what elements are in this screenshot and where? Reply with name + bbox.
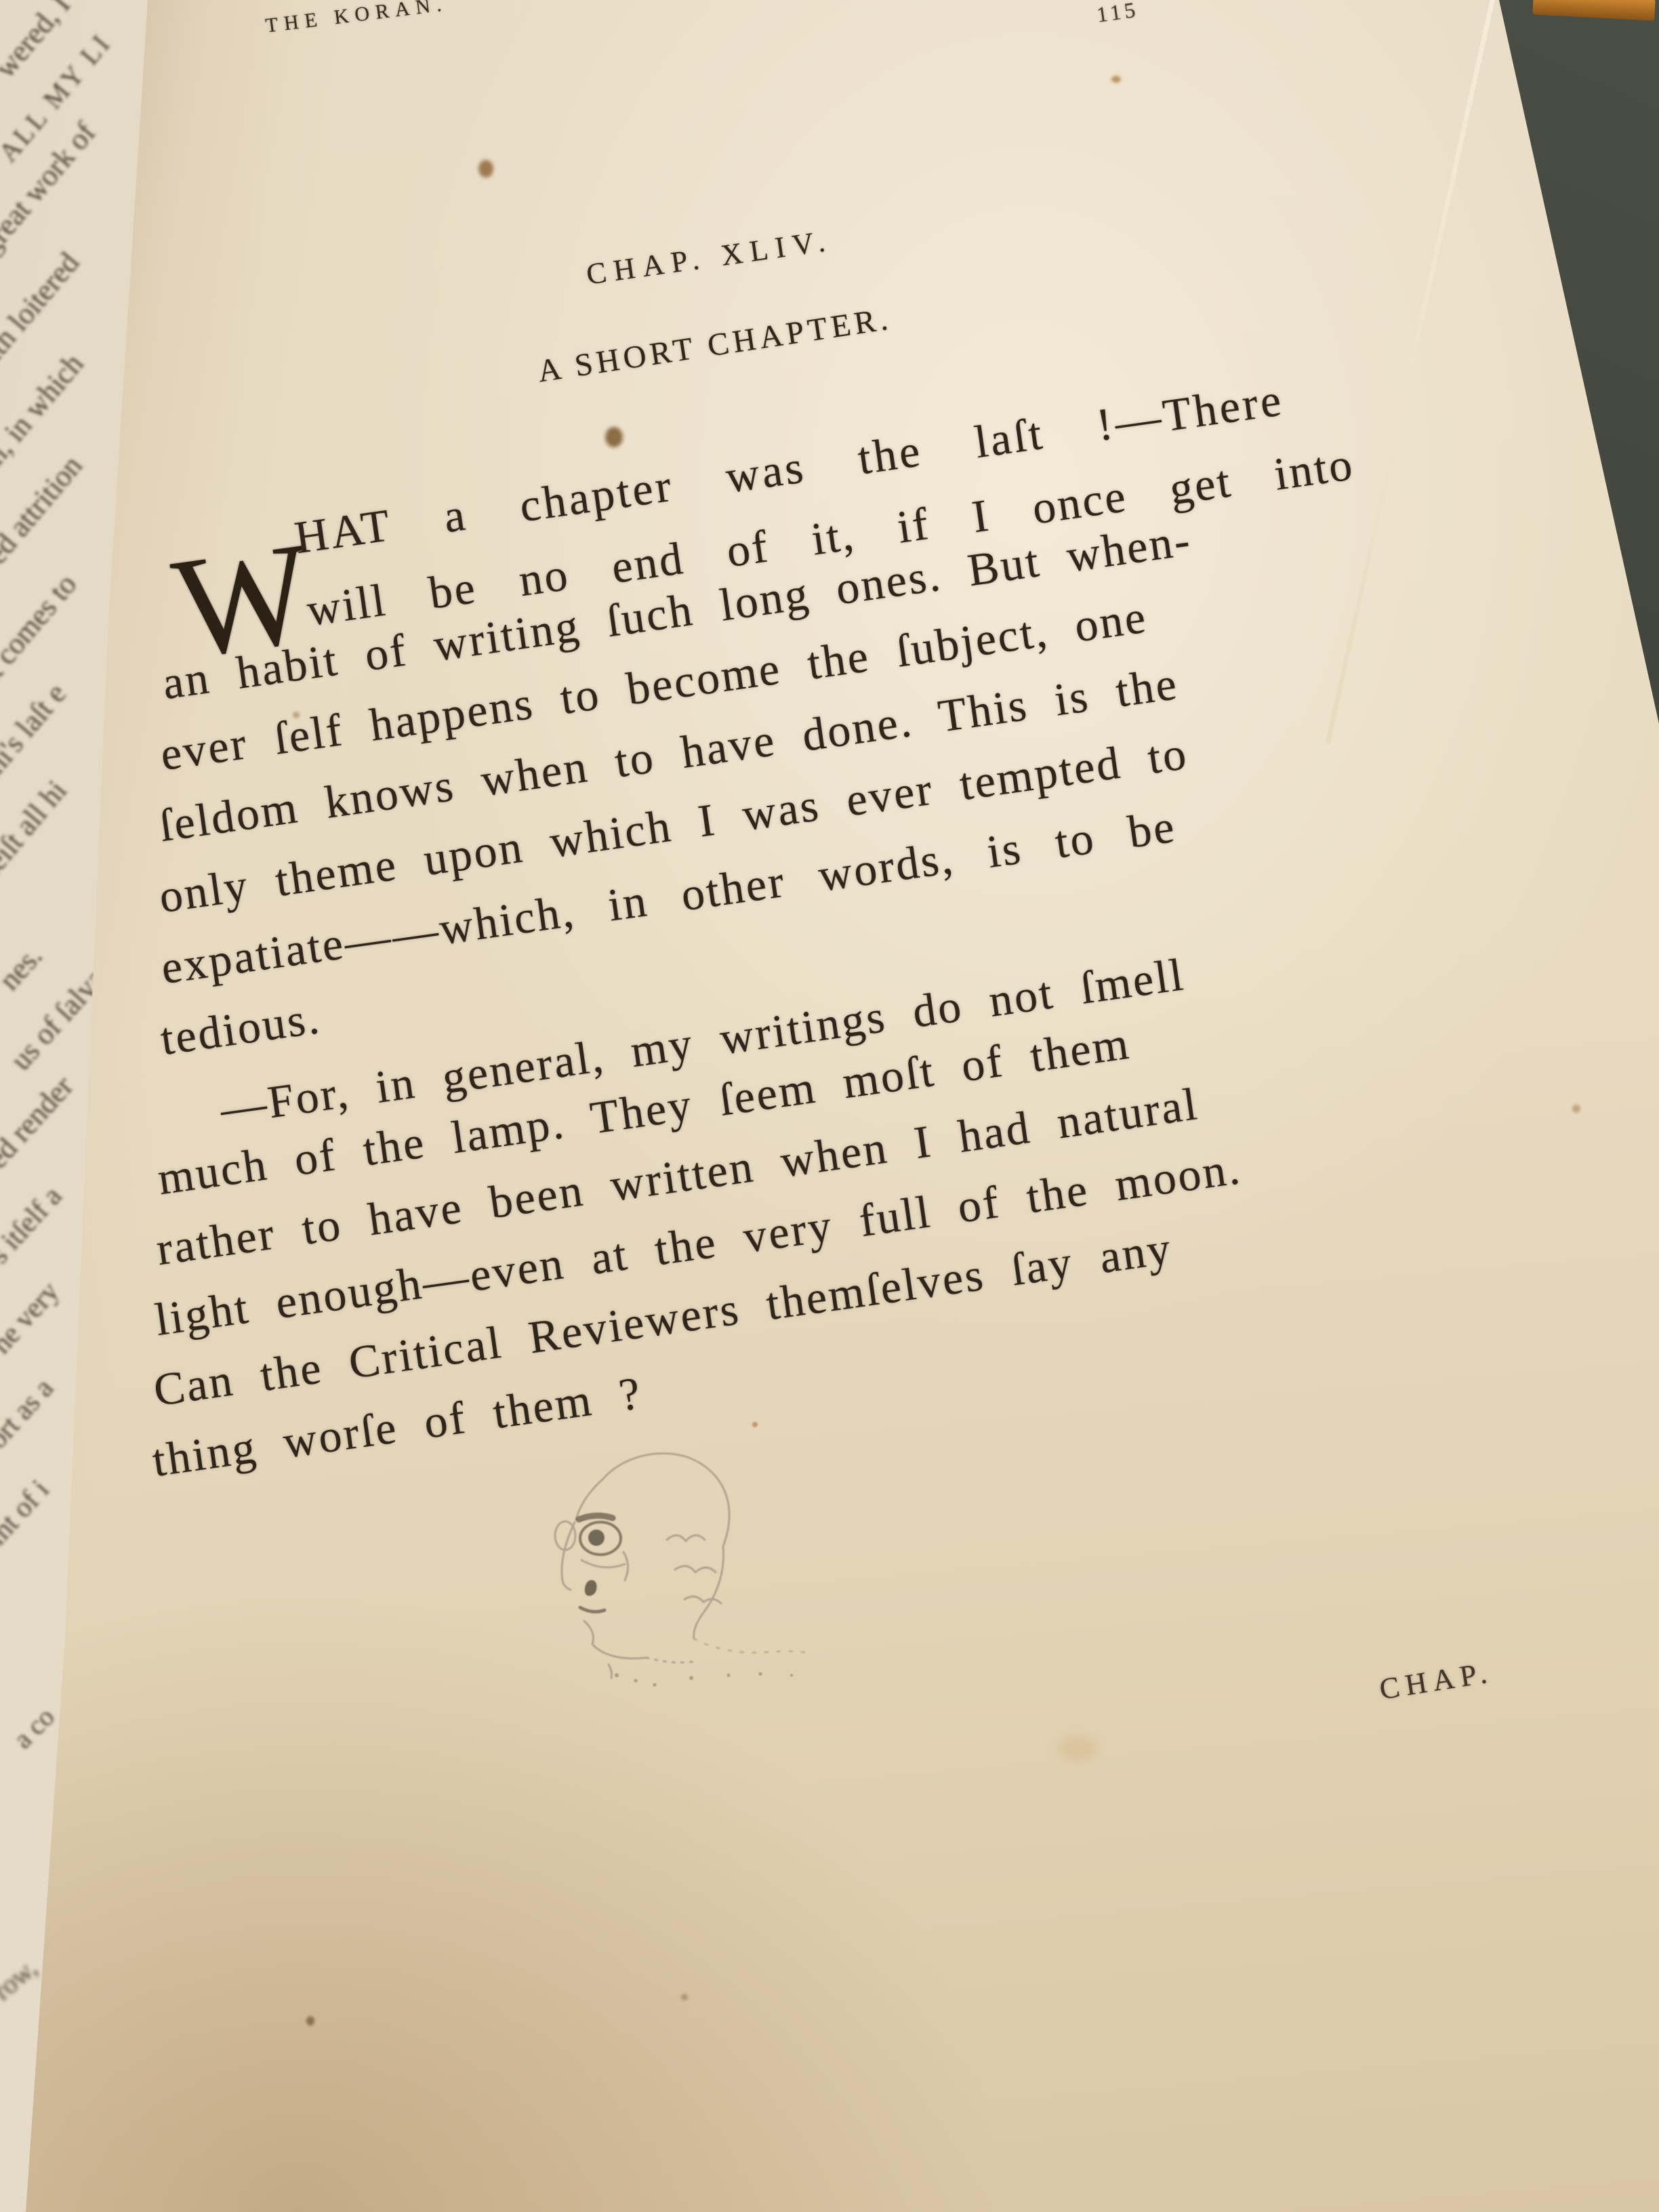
left-page-text-fragment: a co [7,1701,61,1755]
body-line: tedious. [157,991,324,1066]
left-page-text-fragment: ort as a [0,1372,60,1455]
paper-stain [1057,1735,1098,1762]
left-page-text-fragment: ath loitered [0,245,86,371]
foxing-spot [605,427,623,447]
left-page-text-fragment: it comes to [0,567,83,690]
left-page-text-fragment: ed render [0,1069,80,1175]
left-page-text-fragment: nes. [0,939,49,997]
foxing-spot [752,1422,758,1427]
chapter-subtitle: A SHORT CHAPTER. [535,300,894,390]
foxing-spot [681,1994,688,2001]
left-page-text-fragment: he very [0,1275,66,1360]
page-fore-edge [1325,0,1495,745]
catchword: CHAP. [1377,1655,1495,1707]
foxing-spot [1572,1105,1580,1113]
book-cover-edge [1532,0,1655,21]
left-page-text-fragment: th, in which [0,347,90,478]
foxing-spot [1111,76,1121,83]
left-page-text-fragment: bed attrition [0,449,89,582]
running-head: THE KORAN. [264,0,449,38]
left-page-text-fragment: row, [0,1952,43,2007]
pencil-doodle-face-icon [522,1437,861,1721]
book-page: THE KORAN. 115 CHAP. XLIV. A SHORT CHAPT… [0,0,1659,2212]
foxing-spot [306,2016,314,2026]
chapter-heading: CHAP. XLIV. [584,223,834,291]
left-page-text-fragment: s itſelf a [0,1180,68,1270]
foxing-spot [478,160,493,178]
page-number: 115 [1095,0,1140,28]
left-page-text-fragment: heiſt all hi [0,773,74,888]
left-page-text-fragment: ini's laſt e [0,676,73,786]
left-page-text-fragment: int of i [0,1474,56,1552]
open-book-photo: THE KORAN. 115 CHAP. XLIV. A SHORT CHAPT… [0,0,1659,2212]
